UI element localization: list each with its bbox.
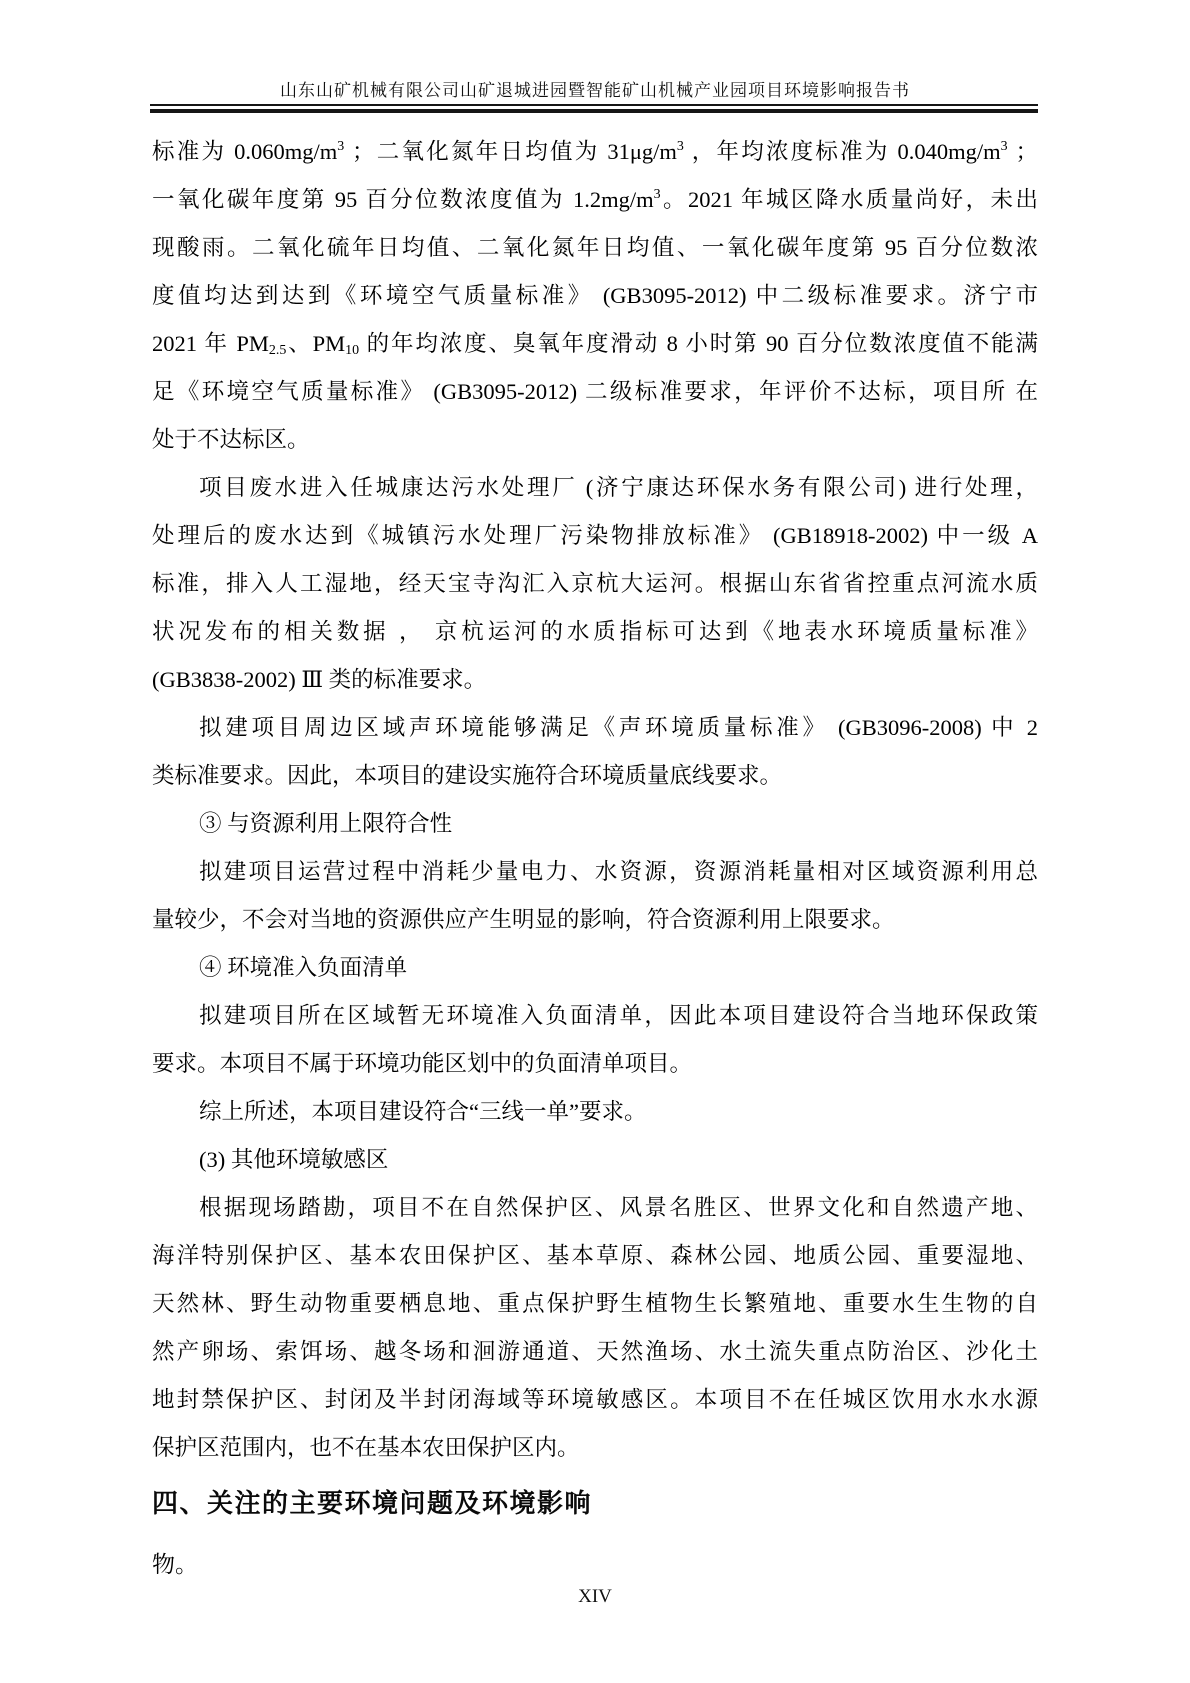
- text-line: 现酸雨。二氧化硫年日均值、二氧化氮年日均值、一氧化碳年度第 95 百分位数浓: [152, 224, 1038, 272]
- header-rule: [150, 104, 1038, 113]
- text-line: (3) 其他环境敏感区: [152, 1136, 1038, 1184]
- text-line: 保护区范围内，也不在基本农田保护区内。: [152, 1424, 1038, 1472]
- text-line: 项目废水进入任城康达污水处理厂 (济宁康达环保水务有限公司) 进行处理，: [152, 464, 1038, 512]
- text-line: 根据现场踏勘，项目不在自然保护区、风景名胜区、世界文化和自然遗产地、: [152, 1184, 1038, 1232]
- text-line: 2021 年 PM2.5、PM10 的年均浓度、臭氧年度滑动 8 小时第 90 …: [152, 320, 1038, 368]
- text-line: 地封禁保护区、封闭及半封闭海域等环境敏感区。本项目不在任城区饮用水水水源: [152, 1376, 1038, 1424]
- text-line: 一氧化碳年度第 95 百分位数浓度值为 1.2mg/m3。2021 年城区降水质…: [152, 176, 1038, 224]
- paragraph: 拟建项目所在区域暂无环境准入负面清单，因此本项目建设符合当地环保政策要求。本项目…: [152, 992, 1038, 1088]
- paragraph: 拟建项目运营过程中消耗少量电力、水资源，资源消耗量相对区域资源利用总量较少，不会…: [152, 848, 1038, 944]
- text-line: 量较少，不会对当地的资源供应产生明显的影响，符合资源利用上限要求。: [152, 896, 1038, 944]
- paragraph: 标准为 0.060mg/m3 ；二氧化氮年日均值为 31μg/m3 ，年均浓度标…: [152, 128, 1038, 464]
- paragraph: (3) 其他环境敏感区: [152, 1136, 1038, 1184]
- text-line: 处理后的废水达到《城镇污水处理厂污染物排放标准》 (GB18918-2002) …: [152, 512, 1038, 560]
- paragraph: 根据现场踏勘，项目不在自然保护区、风景名胜区、世界文化和自然遗产地、海洋特别保护…: [152, 1184, 1038, 1472]
- text-line: 海洋特别保护区、基本农田保护区、基本草原、森林公园、地质公园、重要湿地、: [152, 1232, 1038, 1280]
- text-line: 度值均达到达到《环境空气质量标准》 (GB3095-2012) 中二级标准要求。…: [152, 272, 1038, 320]
- text-line: 天然林、野生动物重要栖息地、重点保护野生植物生长繁殖地、重要水生生物的自: [152, 1280, 1038, 1328]
- text-line: ③ 与资源利用上限符合性: [152, 800, 1038, 848]
- document-body: 标准为 0.060mg/m3 ；二氧化氮年日均值为 31μg/m3 ，年均浓度标…: [152, 128, 1038, 1580]
- text-line: 综上所述，本项目建设符合“三线一单”要求。: [152, 1088, 1038, 1136]
- text-line: 拟建项目运营过程中消耗少量电力、水资源，资源消耗量相对区域资源利用总: [152, 848, 1038, 896]
- text-line: ④ 环境准入负面清单: [152, 944, 1038, 992]
- paragraph: ③ 与资源利用上限符合性: [152, 800, 1038, 848]
- document-page: 山东山矿机械有限公司山矿退城进园暨智能矿山机械产业园项目环境影响报告书 标准为 …: [0, 0, 1190, 1683]
- paragraph: 综上所述，本项目建设符合“三线一单”要求。: [152, 1088, 1038, 1136]
- text-line: 类标准要求。因此，本项目的建设实施符合环境质量底线要求。: [152, 752, 1038, 800]
- text-line: 状况发布的相关数据 ， 京杭运河的水质指标可达到《地表水环境质量标准》: [152, 608, 1038, 656]
- text-line: 足《环境空气质量标准》 (GB3095-2012) 二级标准要求，年评价不达标，…: [152, 368, 1038, 416]
- text-line: 处于不达标区。: [152, 416, 1038, 464]
- page-number: XIV: [152, 1586, 1038, 1608]
- text-line: 标准，排入人工湿地，经天宝寺沟汇入京杭大运河。根据山东省省控重点河流水质: [152, 560, 1038, 608]
- text-line: 要求。本项目不属于环境功能区划中的负面清单项目。: [152, 1040, 1038, 1088]
- paragraph: 物。: [152, 1550, 1038, 1580]
- paragraph: ④ 环境准入负面清单: [152, 944, 1038, 992]
- text-line: 拟建项目周边区域声环境能够满足《声环境质量标准》 (GB3096-2008) 中…: [152, 704, 1038, 752]
- text-line: 拟建项目所在区域暂无环境准入负面清单，因此本项目建设符合当地环保政策: [152, 992, 1038, 1040]
- text-line: 标准为 0.060mg/m3 ；二氧化氮年日均值为 31μg/m3 ，年均浓度标…: [152, 128, 1038, 176]
- section-heading: 四、关注的主要环境问题及环境影响: [152, 1485, 1038, 1521]
- paragraph: 拟建项目周边区域声环境能够满足《声环境质量标准》 (GB3096-2008) 中…: [152, 704, 1038, 800]
- paragraph: 项目废水进入任城康达污水处理厂 (济宁康达环保水务有限公司) 进行处理，处理后的…: [152, 464, 1038, 704]
- text-line: 然产卵场、索饵场、越冬场和洄游通道、天然渔场、水土流失重点防治区、沙化土: [152, 1328, 1038, 1376]
- text-line: (GB3838-2002) Ⅲ 类的标准要求。: [152, 656, 1038, 704]
- page-header-title: 山东山矿机械有限公司山矿退城进园暨智能矿山机械产业园项目环境影响报告书: [152, 76, 1038, 101]
